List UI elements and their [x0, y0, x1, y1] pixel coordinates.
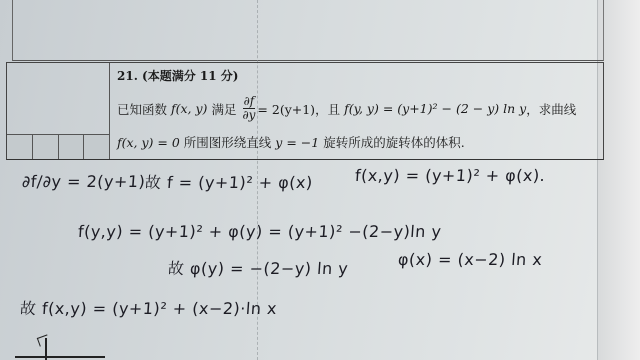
previous-question-box [12, 0, 604, 61]
text: 已知函数 [117, 100, 167, 118]
text: 所围图形绕直线 [184, 135, 272, 150]
math: f(y, y) = (y+1)² − (2 − y) ln y [344, 101, 526, 116]
hw-integrate: 故 f = (y+1)² + φ(x) [144, 170, 313, 193]
text: 旋转所成的旋转体的体积. [323, 135, 464, 150]
hw-result: 故 f(x,y) = (y+1)² + (x−2)·ln x [19, 296, 278, 319]
score-cell [7, 135, 33, 159]
math: f(x, y) [171, 101, 207, 116]
numerator: ∂f [243, 95, 256, 109]
score-cell [59, 135, 85, 159]
hw-general: f(x,y) = (y+1)² + φ(x). [354, 166, 546, 185]
question-line-2: f(x, y) = 0 所围图形绕直线 y = −1 旋转所成的旋转体的体积. [117, 133, 465, 151]
hw-phi-y: 故 φ(y) = −(2−y) ln y [167, 256, 349, 279]
text: ，求曲线 [526, 100, 576, 118]
hw-partial: ∂f/∂y = 2(y+1) [21, 172, 146, 191]
denominator: ∂y [242, 109, 255, 122]
score-cell [84, 135, 109, 159]
question-line-1: 已知函数 f(x, y) 满足 ∂f ∂y = 2(y+1)，且 f(y, y)… [117, 95, 576, 122]
math: f(x, y) = 0 [117, 135, 180, 150]
score-cell [33, 135, 59, 159]
partial-derivative: ∂f ∂y [242, 95, 255, 122]
sketch-axis-horizontal [15, 356, 105, 358]
score-grid [7, 134, 109, 159]
score-area [7, 63, 110, 159]
hw-substitute: f(y,y) = (y+1)² + φ(y) = (y+1)² −(2−y)ln… [77, 222, 442, 241]
text: 满足 [211, 100, 236, 118]
question-box: 21. (本题满分 11 分) 已知函数 f(x, y) 满足 ∂f ∂y = … [6, 62, 604, 160]
question-title: 21. (本题满分 11 分) [117, 67, 238, 84]
math: y = −1 [275, 135, 319, 150]
math: = 2(y+1)，且 [257, 100, 340, 118]
hw-phi-x: φ(x) = (x−2) ln x [397, 250, 543, 269]
